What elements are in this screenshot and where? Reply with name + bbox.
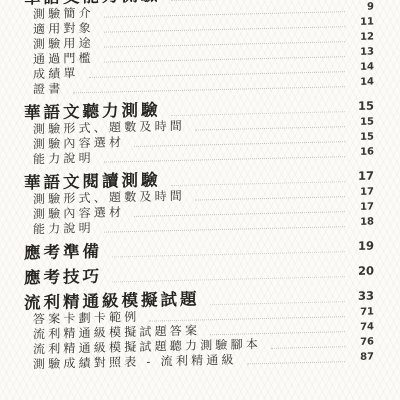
- toc-section-row: 應考技巧 20: [0, 261, 400, 288]
- table-of-contents: 華語文能力測驗 9 測驗簡介 9 適用對象 11 測驗用途 12 通過門檻 13…: [0, 0, 400, 373]
- page-number: 15: [354, 98, 374, 115]
- page-number: 17: [354, 168, 374, 185]
- toc-entry-label: 能力說明: [33, 151, 94, 167]
- toc-entry-label: 測驗簡介: [33, 6, 94, 22]
- page-number: 15: [354, 116, 374, 130]
- leader-dots: [104, 226, 345, 232]
- page-number: 14: [354, 61, 374, 75]
- page-number: 74: [354, 321, 374, 335]
- leader-dots: [104, 156, 345, 162]
- page-number: 14: [354, 76, 374, 90]
- toc-section-title: 應考準備: [24, 243, 102, 263]
- leader-dots: [271, 346, 345, 349]
- toc-entry-label: 測驗用途: [33, 36, 94, 52]
- toc-section-title: 應考技巧: [24, 268, 102, 288]
- toc-entry-label: 通過門檻: [33, 51, 94, 67]
- leader-dots: [247, 361, 345, 364]
- page-number: 18: [354, 216, 374, 230]
- leader-dots: [73, 86, 345, 93]
- page-number: 13: [354, 46, 374, 60]
- page-number: 17: [354, 186, 374, 200]
- toc-entry-label: 能力說明: [33, 221, 94, 237]
- page-number: 20: [354, 263, 374, 280]
- toc-entry-label: 證書: [33, 82, 63, 98]
- leader-dots: [112, 251, 345, 257]
- page-number: 11: [354, 16, 374, 30]
- page-number: 9: [354, 1, 374, 15]
- page-number: 33: [354, 288, 374, 305]
- page-number: 12: [354, 31, 374, 45]
- toc-entry-label: 適用對象: [33, 21, 94, 37]
- page-number: 19: [354, 238, 374, 255]
- page-number: 17: [354, 201, 374, 215]
- leader-dots: [112, 276, 345, 282]
- page-number: 76: [354, 336, 374, 350]
- page-number: 15: [354, 131, 374, 145]
- toc-entry-label: 成績單: [33, 66, 79, 82]
- page-number: 71: [354, 306, 374, 320]
- scanned-toc-page: 華語文能力測驗 9 測驗簡介 9 適用對象 11 測驗用途 12 通過門檻 13…: [0, 0, 400, 400]
- page-number: 16: [354, 146, 374, 160]
- page-number: 87: [354, 351, 374, 365]
- toc-entry-label: 測驗成績對照表 - 流利精通級: [33, 353, 237, 373]
- toc-section-row: 應考準備 19: [0, 236, 400, 263]
